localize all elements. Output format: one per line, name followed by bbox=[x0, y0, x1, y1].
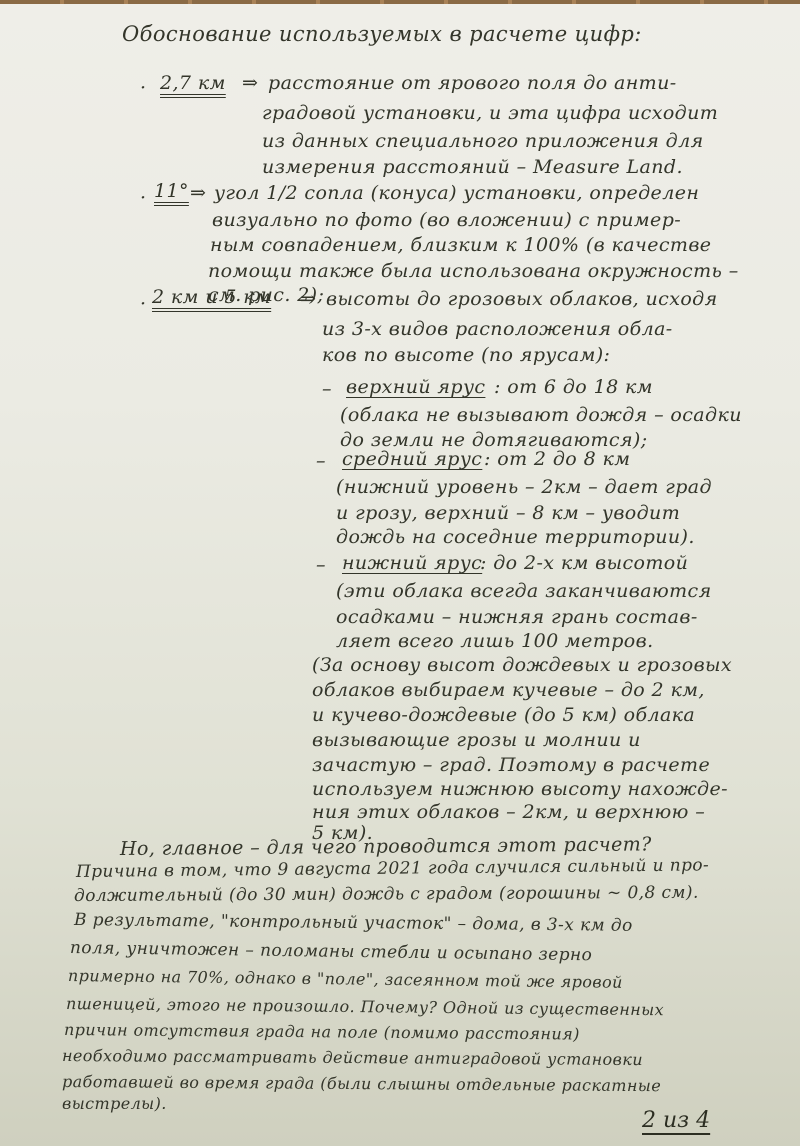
note-line: и кучево-дождевые (до 5 км) облака bbox=[312, 704, 695, 726]
tier-line: осадками – нижняя грань состав- bbox=[336, 606, 698, 628]
item-line: помощи также была использована окружност… bbox=[208, 260, 739, 282]
arrow-icon: ⇒ bbox=[300, 288, 316, 310]
paragraph-line: должительный (до 30 мин) дождь с градом … bbox=[74, 883, 699, 906]
page-number: 2 из 4 bbox=[642, 1108, 710, 1133]
tier-line: : до 2-х км высотой bbox=[480, 552, 688, 574]
item-line: измерения расстояний – Measure Land. bbox=[262, 156, 683, 178]
bullet-dot: · bbox=[140, 187, 146, 209]
bullet-dot: · bbox=[140, 77, 146, 99]
paragraph-line: причин отсутствия града на поле (помимо … bbox=[64, 1020, 580, 1044]
dash: – bbox=[316, 450, 326, 472]
tier-line: : от 6 до 18 км bbox=[494, 376, 653, 398]
paragraph-line: пшеницей, этого не произошло. Почему? Од… bbox=[66, 994, 664, 1019]
tier-line: (облака не вызывают дождя – осадки bbox=[340, 404, 742, 426]
item-key: 2 км и 5 км bbox=[152, 286, 271, 308]
item-line: ным совпадением, близким к 100% (в качес… bbox=[210, 234, 711, 256]
item-line: градовой установки, и эта цифра исходит bbox=[262, 102, 718, 124]
item-line: из 3-х видов расположения обла- bbox=[322, 318, 673, 340]
page-title: Обоснование используемых в расчете цифр: bbox=[122, 22, 642, 46]
tier-line: (нижний уровень – 2км – дает град bbox=[336, 476, 712, 498]
item-line: расстояние от ярового поля до анти- bbox=[268, 72, 677, 94]
dash: – bbox=[322, 378, 332, 400]
paragraph-line: необходимо рассматривать действие антигр… bbox=[62, 1046, 643, 1069]
paragraph-line: работавшей во время града (были слышны о… bbox=[62, 1072, 661, 1095]
arrow-icon: ⇒ bbox=[242, 72, 258, 94]
tier-line: дождь на соседние территории). bbox=[336, 526, 695, 548]
note-line: зачастую – град. Поэтому в расчете bbox=[312, 754, 710, 776]
dash: – bbox=[316, 554, 326, 576]
tier-line: : от 2 до 8 км bbox=[484, 448, 630, 470]
tier-line: (эти облака всегда заканчиваются bbox=[336, 580, 712, 602]
item-key: 11° bbox=[154, 180, 189, 202]
arrow-icon: ⇒ bbox=[190, 182, 206, 204]
item-line: ков по высоте (по ярусам): bbox=[322, 344, 610, 366]
item-line: высоты до грозовых облаков, исходя bbox=[326, 288, 718, 310]
item-line: из данных специального приложения для bbox=[262, 130, 704, 152]
item-key: 2,7 км bbox=[160, 72, 226, 94]
tier-name: верхний ярус bbox=[346, 376, 485, 398]
tier-line: ляет всего лишь 100 метров. bbox=[336, 630, 654, 652]
tier-name: нижний ярус bbox=[342, 552, 482, 574]
paragraph-line: В результате, "контрольный участок" – до… bbox=[74, 910, 633, 936]
bullet-dot: · bbox=[140, 293, 146, 315]
item-line: визуально по фото (во вложении) с пример… bbox=[212, 209, 681, 231]
note-line: облаков выбираем кучевые – до 2 км, bbox=[312, 679, 705, 701]
note-line: (За основу высот дождевых и грозовых bbox=[312, 654, 732, 676]
tier-line: и грозу, верхний – 8 км – уводит bbox=[336, 502, 680, 524]
note-line: используем нижнюю высоту нахожде- bbox=[312, 778, 728, 800]
handwritten-page: Обоснование используемых в расчете цифр:… bbox=[0, 4, 800, 1146]
paragraph-line: поля, уничтожен – поломаны стебли и осып… bbox=[70, 938, 592, 965]
note-line: вызывающие грозы и молнии и bbox=[312, 729, 641, 751]
paragraph-line: примерно на 70%, однако в "поле", засеян… bbox=[68, 966, 623, 992]
note-line: ния этих облаков – 2км, и верхнюю – bbox=[312, 801, 705, 823]
tier-name: средний ярус bbox=[342, 448, 482, 470]
item-line: угол 1/2 сопла (конуса) установки, опред… bbox=[214, 182, 699, 204]
paragraph-line: выстрелы). bbox=[62, 1094, 167, 1113]
